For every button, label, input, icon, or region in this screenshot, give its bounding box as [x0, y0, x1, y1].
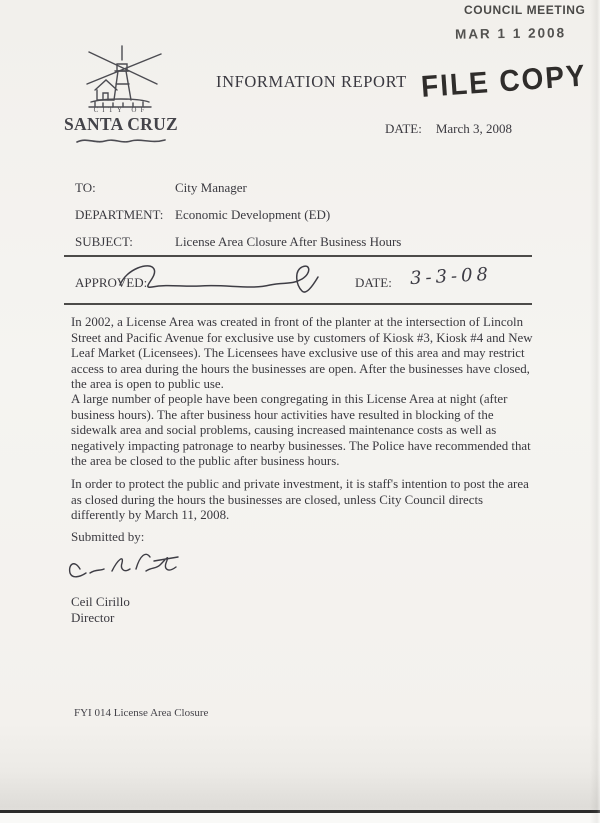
department-value: Economic Development (ED): [175, 207, 330, 223]
subject-label: SUBJECT:: [75, 234, 175, 250]
wave-icon: [75, 135, 167, 147]
approval-signature: [116, 257, 344, 303]
scanned-memo-page: COUNCIL MEETING MAR 1 1 2008 FILE COPY: [0, 0, 600, 823]
file-copy-stamp: FILE COPY: [420, 58, 588, 104]
submitted-by-label: Submitted by:: [71, 529, 144, 545]
approval-date-label: DATE:: [355, 275, 392, 291]
report-title: INFORMATION REPORT: [216, 72, 407, 92]
to-value: City Manager: [175, 180, 247, 196]
santa-cruz-logo: CITY OF SANTA CRUZ: [56, 44, 186, 147]
logo-city-name-text: SANTA CRUZ: [56, 114, 186, 135]
approval-rule-bottom: [64, 303, 532, 305]
lighthouse-icon: [65, 44, 177, 110]
header-date-row: DATE:March 3, 2008: [385, 121, 512, 137]
field-row-department: DEPARTMENT: Economic Development (ED): [75, 207, 175, 223]
scan-edge-below: [0, 813, 600, 823]
subject-value: License Area Closure After Business Hour…: [175, 234, 401, 250]
signatory-block: Ceil Cirillo Director: [71, 594, 130, 625]
field-row-subject: SUBJECT: License Area Closure After Busi…: [75, 234, 175, 250]
scan-right-shade: [590, 0, 600, 823]
body-paragraph-2: A large number of people have been congr…: [71, 392, 535, 470]
body-paragraph-1: In 2002, a License Area was created in f…: [71, 315, 535, 393]
body-paragraph-3: In order to protect the public and priva…: [71, 477, 535, 524]
footer-reference: FYI 014 License Area Closure: [74, 707, 208, 719]
received-date-stamp: MAR 1 1 2008: [455, 25, 566, 42]
logo-city-of-text: CITY OF: [56, 106, 186, 114]
header-date-label: DATE:: [385, 121, 422, 136]
header-date-value: March 3, 2008: [436, 121, 512, 136]
signatory-title: Director: [71, 610, 130, 626]
scan-bottom-shade: [0, 770, 600, 810]
field-row-to: TO: City Manager: [75, 180, 175, 196]
to-label: TO:: [75, 180, 175, 196]
department-label: DEPARTMENT:: [75, 207, 175, 223]
submitted-signature: [66, 545, 194, 585]
council-meeting-stamp: COUNCIL MEETING: [464, 3, 585, 17]
signatory-name: Ceil Cirillo: [71, 594, 130, 610]
approval-date-handwritten: 3-3-08: [410, 264, 493, 289]
